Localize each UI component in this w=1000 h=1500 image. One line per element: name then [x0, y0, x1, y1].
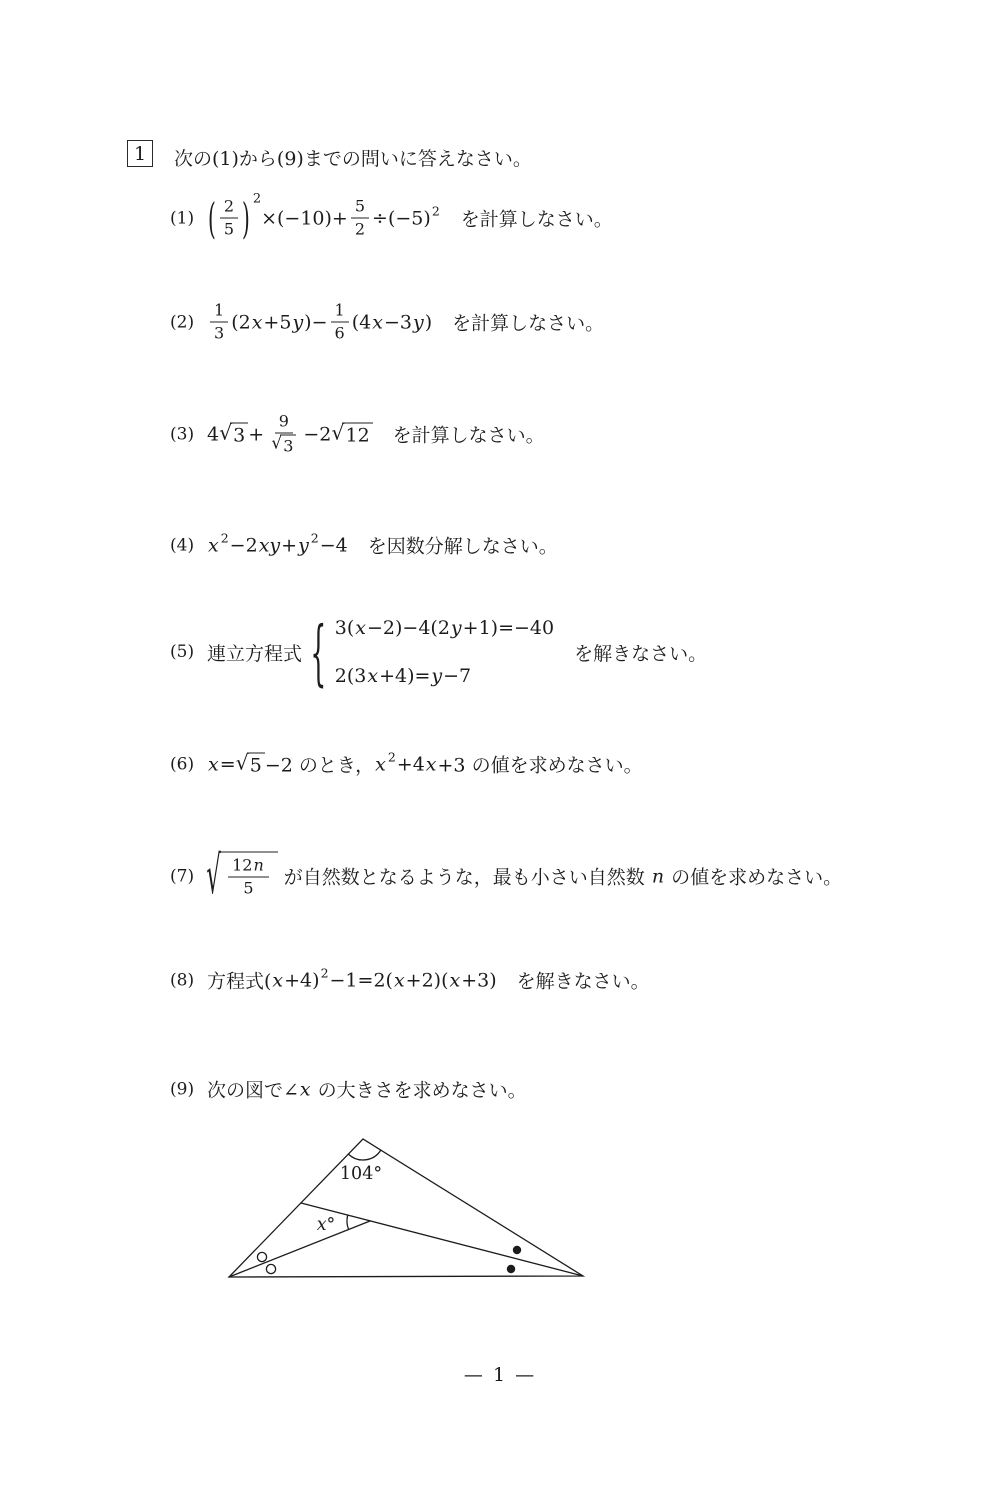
radical-sign-icon: √	[236, 753, 249, 774]
math-t: +	[248, 423, 264, 445]
question-number-box: 1	[127, 140, 153, 167]
math-t: =	[220, 753, 236, 775]
equal-angle-mark-dot	[513, 1246, 521, 1254]
math-i: n	[252, 856, 264, 876]
radical-sign-icon: √	[331, 423, 344, 444]
triangle-figure: 104° x°	[195, 1126, 595, 1290]
math-i: x	[393, 969, 406, 991]
problem-formula: x2−2xy+y2−4を因数分解しなさい。	[207, 532, 558, 559]
math-t: 1	[335, 301, 345, 321]
problem-formula: √12n5 が自然数となるような，最も小さい自然数 n の値を求めなさい。	[207, 852, 842, 901]
exam-page: 1 次の(1)から(9)までの問いに答えなさい。 (1)(25)2×(−10)+…	[0, 0, 1000, 1500]
math-i: y	[291, 311, 304, 333]
math-t: )	[425, 311, 432, 333]
math-t: 次の図で∠	[207, 1076, 299, 1103]
math-t: −2	[303, 423, 331, 445]
problem-row-1: (1)(25)2×(−10)+52÷(−5)2を計算しなさい。	[170, 197, 613, 240]
math-i: x	[207, 753, 220, 775]
problem-formula: (25)2×(−10)+52÷(−5)2を計算しなさい。	[207, 197, 613, 240]
math-t: 3	[283, 437, 293, 457]
math-i: y	[450, 617, 463, 639]
problem-row-6: (6)x=√5−2 のとき，x2+4x+3 の値を求めなさい。	[170, 751, 643, 778]
cases-brace-icon: {	[310, 609, 326, 694]
math-t: 5	[250, 754, 262, 776]
math-t: 2	[355, 220, 365, 240]
math-t: 9	[279, 412, 289, 432]
math-i: x	[207, 534, 220, 556]
math-t: ÷(−5)	[372, 207, 431, 229]
problem-number: (4)	[170, 535, 207, 555]
math-t: を計算しなさい。	[393, 421, 545, 448]
math-i: xy	[258, 534, 281, 556]
problem-row-8: (8)方程式(x+4)2−1=2(x+2)(x+3)を解きなさい。	[170, 967, 650, 994]
math-i: x	[425, 753, 438, 775]
problem-formula: 連立方程式{3(x−2)−4(2y+1)=−402(3x+4)=y−7を解きなさ…	[207, 617, 707, 687]
math-t: が自然数となるような，最も小さい自然数	[278, 863, 651, 890]
math-s: 2	[432, 204, 440, 219]
math-t: (4	[352, 311, 372, 333]
math-t: −1=2(	[330, 969, 393, 991]
math-r: √3	[219, 422, 248, 446]
problem-number: (5)	[170, 642, 207, 662]
math-t: +4)=	[379, 665, 430, 687]
math-t: +1)=−40	[463, 617, 554, 639]
problem-number: (1)	[170, 208, 207, 228]
math-s: 2	[321, 966, 329, 981]
equal-angle-mark-circle	[266, 1264, 275, 1273]
problem-formula: 次の図で∠x の大きさを求めなさい。	[207, 1076, 527, 1103]
math-t: ×(−10)+	[261, 207, 348, 229]
math-t: +3 の値を求めなさい。	[438, 751, 643, 778]
math-t: 5	[355, 197, 365, 217]
problem-formula: 13(2x+5y)−16(4x−3y)を計算しなさい。	[207, 301, 604, 344]
cases-equation-row: 2(3x+4)=y−7	[335, 665, 471, 687]
math-f: 16	[331, 301, 349, 344]
math-i: x	[299, 1078, 312, 1100]
math-i: x	[371, 311, 384, 333]
math-t: 6	[335, 324, 345, 344]
math-s: 2	[311, 531, 319, 546]
math-i: x	[354, 617, 367, 639]
problem-formula: 方程式(x+4)2−1=2(x+2)(x+3)を解きなさい。	[207, 967, 650, 994]
math-t: −2 のとき，	[265, 751, 374, 778]
math-t: 2(3	[335, 665, 367, 687]
math-i: y	[412, 311, 425, 333]
math-i: x	[449, 969, 462, 991]
math-t: +2)(	[406, 969, 449, 991]
radical-sign-icon: √	[206, 850, 220, 902]
cases-equation-row: 3(x−2)−4(2y+1)=−40	[335, 617, 554, 639]
math-c: {3(x−2)−4(2y+1)=−402(3x+4)=y−7	[308, 617, 554, 687]
equal-angle-mark-circle	[257, 1252, 266, 1261]
x-angle-arc	[347, 1215, 349, 1229]
math-f: 12n5	[228, 856, 269, 899]
problem-formula: x=√5−2 のとき，x2+4x+3 の値を求めなさい。	[207, 751, 643, 778]
math-t: を計算しなさい。	[452, 309, 604, 336]
math-t: 4	[207, 423, 219, 445]
math-r: √12	[331, 422, 372, 446]
problem-number: (7)	[170, 866, 207, 886]
problem-row-5: (5)連立方程式{3(x−2)−4(2y+1)=−402(3x+4)=y−7を解…	[170, 617, 707, 687]
math-t: の大きさを求めなさい。	[312, 1076, 527, 1103]
header-instruction: 次の(1)から(9)までの問いに答えなさい。	[174, 144, 532, 171]
math-t: 3	[214, 324, 224, 344]
math-t: 連立方程式	[207, 639, 302, 666]
math-f: 25	[220, 197, 238, 240]
math-t: −4	[320, 534, 348, 556]
problem-row-4: (4)x2−2xy+y2−4を因数分解しなさい。	[170, 532, 558, 559]
math-r: √5	[236, 752, 265, 776]
apex-angle-arc	[348, 1150, 380, 1160]
math-t: の値を求めなさい。	[665, 863, 842, 890]
math-t: −3	[384, 311, 412, 333]
math-i: n	[651, 865, 665, 887]
radical-sign-icon: √	[271, 436, 282, 453]
apex-angle-label: 104°	[340, 1164, 382, 1184]
math-t: 3(	[335, 617, 355, 639]
math-s: 2	[388, 750, 396, 765]
problem-number: (8)	[170, 970, 207, 990]
math-t: 2	[224, 197, 234, 217]
problem-row-9: (9)次の図で∠x の大きさを求めなさい。	[170, 1076, 527, 1103]
math-i: x	[366, 665, 379, 687]
math-t: を解きなさい。	[574, 639, 707, 666]
math-r: √3	[271, 435, 296, 457]
math-t: )−	[304, 311, 327, 333]
math-t: +	[281, 534, 297, 556]
math-t: +5	[263, 311, 291, 333]
math-t: 3	[233, 424, 245, 446]
math-t: を因数分解しなさい。	[368, 532, 558, 559]
math-t: 12	[345, 424, 369, 446]
problem-number: (2)	[170, 312, 207, 332]
math-i: x	[374, 753, 387, 775]
problem-row-2: (2)13(2x+5y)−16(4x−3y)を計算しなさい。	[170, 301, 604, 344]
question-number: 1	[134, 143, 146, 165]
math-i: x	[251, 311, 264, 333]
problem-formula: 4√3+9√3−2√12を計算しなさい。	[207, 412, 545, 457]
math-t: 5	[243, 879, 253, 899]
math-R: √12n5	[207, 852, 278, 901]
math-t: 1	[214, 301, 224, 321]
math-s: 2	[221, 531, 229, 546]
problem-number: (3)	[170, 424, 207, 444]
math-t: 方程式(	[207, 967, 271, 994]
math-t: −2)−4(2	[367, 617, 450, 639]
math-t: +4	[397, 753, 425, 775]
x-angle-label: x°	[317, 1215, 336, 1235]
math-t: +3)	[461, 969, 496, 991]
math-t: −2	[230, 534, 258, 556]
math-t: (2	[231, 311, 251, 333]
math-i: y	[430, 665, 443, 687]
equal-angle-mark-dot	[507, 1265, 515, 1273]
math-i: y	[297, 534, 310, 556]
bisector-from-right-vertex	[301, 1203, 583, 1276]
math-f: 9√3	[267, 412, 300, 457]
math-p: (25)2	[207, 197, 261, 240]
math-t: +4)	[284, 969, 319, 991]
math-t: −7	[443, 665, 471, 687]
page-number: — 1 —	[0, 1364, 1000, 1386]
math-t: 5	[224, 220, 234, 240]
math-f: 13	[210, 301, 228, 344]
radical-sign-icon: √	[219, 423, 232, 444]
problem-row-7: (7)√12n5 が自然数となるような，最も小さい自然数 n の値を求めなさい。	[170, 852, 842, 901]
math-i: x	[271, 969, 284, 991]
problem-number: (6)	[170, 754, 207, 774]
problem-number: (9)	[170, 1079, 207, 1099]
math-t: を計算しなさい。	[461, 205, 613, 232]
math-t: 12	[232, 856, 252, 876]
problem-row-3: (3)4√3+9√3−2√12を計算しなさい。	[170, 412, 545, 457]
math-t: を解きなさい。	[517, 967, 650, 994]
math-f: 52	[351, 197, 369, 240]
